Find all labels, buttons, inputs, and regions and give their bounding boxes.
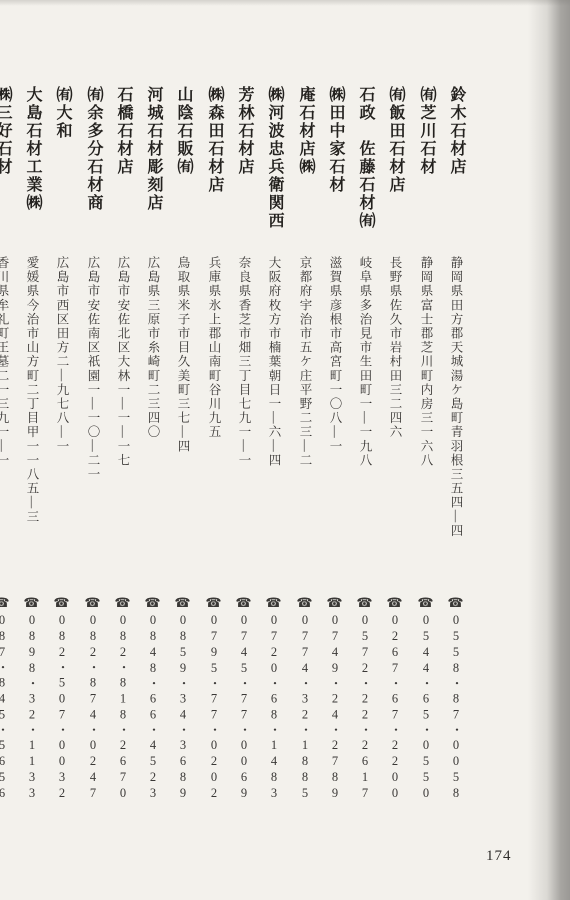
phone-number: 0848・66・4523 bbox=[146, 613, 160, 802]
phone-number: 0720・68・1483 bbox=[267, 613, 281, 802]
shop-name: ㈲余多分石材商 bbox=[78, 86, 108, 212]
shop-phone: ☎087・845・5656 bbox=[0, 596, 17, 802]
shop-phone: ☎0544・65・0550 bbox=[411, 596, 441, 802]
shop-name: 河城石材彫刻店 bbox=[138, 86, 168, 212]
shop-name: 芳林石材店 bbox=[229, 86, 259, 176]
shop-phone: ☎082・507・0032 bbox=[47, 596, 77, 802]
shop-name: 石政 佐藤石材㈲ bbox=[350, 86, 380, 230]
telephone-icon: ☎ bbox=[25, 596, 40, 613]
listing-column: 庵石材店㈱ 京都府宇治市五ケ庄平野二三—二 ☎0774・32・1885 bbox=[290, 0, 320, 900]
phone-number: 0774・32・1885 bbox=[298, 613, 312, 802]
listing-column: ㈲大和 広島市西区田方二—九七八—一 ☎082・507・0032 bbox=[47, 0, 77, 900]
page-number: 174 bbox=[486, 848, 512, 865]
shop-phone: ☎0795・77・0202 bbox=[199, 596, 229, 802]
shop-address: 広島市安佐南区祇園一—一〇—二一 bbox=[78, 256, 108, 482]
phone-number: 087・845・5656 bbox=[0, 613, 9, 802]
shop-address: 広島県三原市糸崎町二三四〇 bbox=[138, 256, 168, 439]
listing-column: ㈱森田石材店 兵庫県氷上郡山南町谷川九五 ☎0795・77・0202 bbox=[199, 0, 229, 900]
shop-address: 兵庫県氷上郡山南町谷川九五 bbox=[199, 256, 229, 439]
shop-name: 石橋石材店 bbox=[108, 86, 138, 176]
listing-column: 石政 佐藤石材㈲ 岐阜県多治見市生田町一—一九八 ☎0572・22・2617 bbox=[350, 0, 380, 900]
listing-column: ㈲余多分石材商 広島市安佐南区祇園一—一〇—二一 ☎082・874・0247 bbox=[78, 0, 108, 900]
shop-phone: ☎0572・22・2617 bbox=[350, 596, 380, 802]
shop-phone: ☎0848・66・4523 bbox=[138, 596, 168, 802]
listing-column: 大島石材工業㈱ 愛媛県今治市山方町二丁目甲一一八五—三 ☎0898・32・113… bbox=[17, 0, 47, 900]
phone-number: 0558・87・0058 bbox=[449, 613, 463, 802]
phone-number: 082・818・2670 bbox=[116, 613, 130, 802]
listing-column: 鈴木石材店 静岡県田方郡天城湯ケ島町青羽根三五四—四 ☎0558・87・0058 bbox=[441, 0, 471, 900]
listing-column: ㈲飯田石材店 長野県佐久市岩村田三二四六 ☎0267・67・2200 bbox=[380, 0, 410, 900]
shop-address: 広島市安佐北区大林一—一—一七 bbox=[108, 256, 138, 468]
telephone-icon: ☎ bbox=[55, 596, 70, 613]
shop-name: ㈱三好石材 bbox=[0, 86, 17, 176]
listing-column: ㈱三好石材 香川県牟礼町王墓二一三九一—一 ☎087・845・5656 bbox=[0, 0, 17, 900]
telephone-icon: ☎ bbox=[86, 596, 101, 613]
telephone-icon: ☎ bbox=[328, 596, 343, 613]
shop-phone: ☎0745・77・0069 bbox=[229, 596, 259, 802]
telephone-icon: ☎ bbox=[207, 596, 222, 613]
phone-number: 0267・67・2200 bbox=[388, 613, 402, 802]
shop-phone: ☎0859・34・3689 bbox=[168, 596, 198, 802]
telephone-icon: ☎ bbox=[267, 596, 282, 613]
shop-phone: ☎0898・32・1133 bbox=[17, 596, 47, 802]
shop-address: 奈良県香芝市畑三丁目七九一—一 bbox=[229, 256, 259, 468]
listing-column: 芳林石材店 奈良県香芝市畑三丁目七九一—一 ☎0745・77・0069 bbox=[229, 0, 259, 900]
listing-column: 山陰石販㈲ 鳥取県米子市目久美町三七—四 ☎0859・34・3689 bbox=[168, 0, 198, 900]
telephone-icon: ☎ bbox=[419, 596, 434, 613]
shop-address: 京都府宇治市五ケ庄平野二三—二 bbox=[290, 256, 320, 468]
shop-address: 愛媛県今治市山方町二丁目甲一一八五—三 bbox=[17, 256, 47, 524]
shop-phone: ☎0720・68・1483 bbox=[259, 596, 289, 802]
phone-number: 0859・34・3689 bbox=[176, 613, 190, 802]
shop-address: 大阪府枚方市楠葉朝日一—六—四 bbox=[259, 256, 289, 468]
shop-address: 滋賀県彦根市高宮町一〇八—一 bbox=[320, 256, 350, 453]
shop-phone: ☎0749・24・2789 bbox=[320, 596, 350, 802]
telephone-icon: ☎ bbox=[146, 596, 161, 613]
shop-name: ㈲芝川石材 bbox=[411, 86, 441, 176]
shop-name: ㈲飯田石材店 bbox=[380, 86, 410, 194]
phone-number: 0795・77・0202 bbox=[207, 613, 221, 802]
shop-name: ㈱田中家石材 bbox=[320, 86, 350, 194]
listing-column: ㈲芝川石材 静岡県富士郡芝川町内房三一六八 ☎0544・65・0550 bbox=[411, 0, 441, 900]
phone-number: 0749・24・2789 bbox=[328, 613, 342, 802]
shop-address: 静岡県富士郡芝川町内房三一六八 bbox=[411, 256, 441, 468]
phone-number: 0745・77・0069 bbox=[237, 613, 251, 802]
shop-name: 庵石材店㈱ bbox=[290, 86, 320, 176]
telephone-icon: ☎ bbox=[176, 596, 191, 613]
phone-number: 0544・65・0550 bbox=[419, 613, 433, 802]
phone-number: 0572・22・2617 bbox=[358, 613, 372, 802]
shop-name: ㈱森田石材店 bbox=[199, 86, 229, 194]
telephone-icon: ☎ bbox=[298, 596, 313, 613]
shop-name: 山陰石販㈲ bbox=[168, 86, 198, 176]
page-gutter-shadow bbox=[528, 0, 570, 900]
phone-number: 082・507・0032 bbox=[55, 613, 69, 802]
shop-address: 岐阜県多治見市生田町一—一九八 bbox=[350, 256, 380, 468]
phone-number: 082・874・0247 bbox=[86, 613, 100, 802]
shop-name: 大島石材工業㈱ bbox=[17, 86, 47, 212]
telephone-icon: ☎ bbox=[388, 596, 403, 613]
shop-phone: ☎0774・32・1885 bbox=[290, 596, 320, 802]
shop-name: ㈲大和 bbox=[47, 86, 77, 140]
listing-column: ㈱河波忠兵衛関西 大阪府枚方市楠葉朝日一—六—四 ☎0720・68・1483 bbox=[259, 0, 289, 900]
shop-address: 鳥取県米子市目久美町三七—四 bbox=[168, 256, 198, 453]
telephone-icon: ☎ bbox=[237, 596, 252, 613]
telephone-icon: ☎ bbox=[116, 596, 131, 613]
shop-phone: ☎0558・87・0058 bbox=[441, 596, 471, 802]
telephone-icon: ☎ bbox=[449, 596, 464, 613]
phone-number: 0898・32・1133 bbox=[25, 613, 39, 802]
shop-address: 長野県佐久市岩村田三二四六 bbox=[380, 256, 410, 439]
shop-phone: ☎082・818・2670 bbox=[108, 596, 138, 802]
shop-name: 鈴木石材店 bbox=[441, 86, 471, 176]
shop-phone: ☎082・874・0247 bbox=[78, 596, 108, 802]
telephone-icon: ☎ bbox=[358, 596, 373, 613]
shop-phone: ☎0267・67・2200 bbox=[380, 596, 410, 802]
directory-page: 鈴木石材店 静岡県田方郡天城湯ケ島町青羽根三五四—四 ☎0558・87・0058… bbox=[0, 0, 570, 900]
telephone-icon: ☎ bbox=[0, 596, 10, 613]
shop-address: 静岡県田方郡天城湯ケ島町青羽根三五四—四 bbox=[441, 256, 471, 538]
listing-column: 河城石材彫刻店 広島県三原市糸崎町二三四〇 ☎0848・66・4523 bbox=[138, 0, 168, 900]
shop-address: 広島市西区田方二—九七八—一 bbox=[47, 256, 77, 453]
shop-address: 香川県牟礼町王墓二一三九一—一 bbox=[0, 256, 17, 468]
shop-name: ㈱河波忠兵衛関西 bbox=[259, 86, 289, 230]
listing-column: ㈱田中家石材 滋賀県彦根市高宮町一〇八—一 ☎0749・24・2789 bbox=[320, 0, 350, 900]
listing-column: 石橋石材店 広島市安佐北区大林一—一—一七 ☎082・818・2670 bbox=[108, 0, 138, 900]
